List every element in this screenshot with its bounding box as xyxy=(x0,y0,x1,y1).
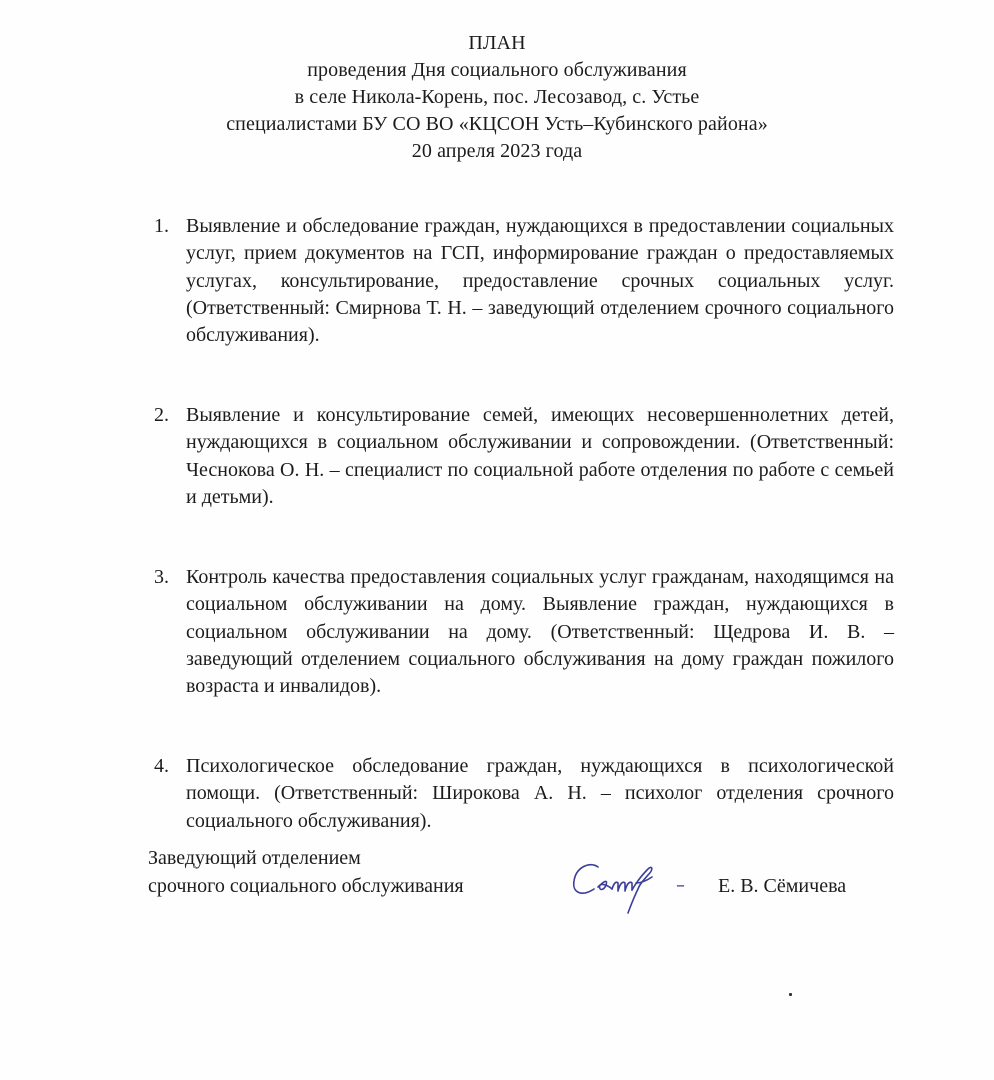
plan-item-number: 2. xyxy=(154,402,169,429)
plan-item-text: Контроль качества предоставления социаль… xyxy=(186,564,894,700)
signer-position-line-1: Заведующий отделением xyxy=(148,843,361,873)
plan-item: 2. Выявление и консультирование семей, и… xyxy=(148,402,894,511)
document-header: ПЛАН проведения Дня социального обслужив… xyxy=(0,30,994,165)
header-line-1: проведения Дня социального обслуживания xyxy=(0,57,994,84)
plan-item-text: Психологическое обследование граждан, ну… xyxy=(186,753,894,835)
signer-position-line-2: срочного социального обслуживания xyxy=(148,871,464,901)
plan-item: 3. Контроль качества предоставления соци… xyxy=(148,564,894,700)
handwritten-signature-icon xyxy=(568,853,683,915)
header-line-3: специалистами БУ СО ВО «КЦСОН Усть–Кубин… xyxy=(0,111,994,138)
plan-item-number: 3. xyxy=(154,564,169,591)
header-date: 20 апреля 2023 года xyxy=(0,138,994,165)
document-title: ПЛАН xyxy=(0,30,994,57)
plan-item-text: Выявление и обследование граждан, нуждаю… xyxy=(186,213,894,349)
signer-name: Е. В. Сёмичева xyxy=(718,871,846,901)
plan-list: 1. Выявление и обследование граждан, нуж… xyxy=(148,213,894,349)
plan-item-text: Выявление и консультирование семей, имею… xyxy=(186,402,894,511)
plan-item-number: 4. xyxy=(154,753,169,780)
plan-item-number: 1. xyxy=(154,213,169,240)
document-page: ПЛАН проведения Дня социального обслужив… xyxy=(0,0,994,1080)
plan-item: 4. Психологическое обследование граждан,… xyxy=(148,753,894,835)
signature-dash: – xyxy=(676,871,685,901)
scan-speck xyxy=(789,993,792,996)
header-line-2: в селе Никола-Корень, пос. Лесозавод, с.… xyxy=(0,84,994,111)
plan-item: 1. Выявление и обследование граждан, нуж… xyxy=(148,213,894,349)
